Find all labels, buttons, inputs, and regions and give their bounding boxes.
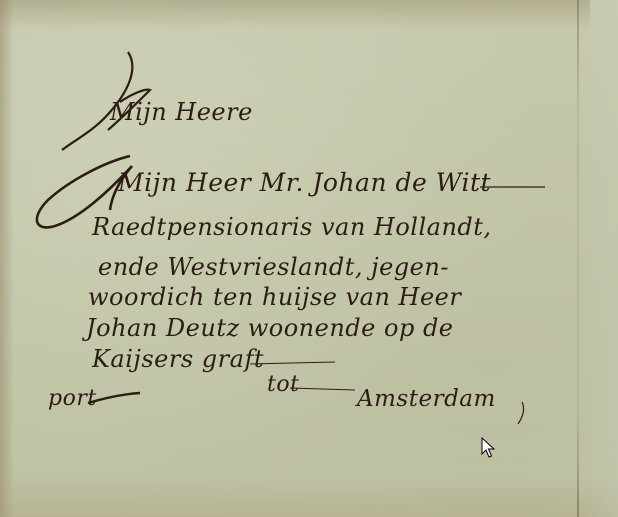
- address-line-4: woordich ten huijse van Heer: [88, 283, 461, 311]
- postal-mark: port: [48, 386, 97, 411]
- closing-tot: tot: [267, 372, 299, 397]
- descender-amsterdam: [518, 402, 524, 424]
- address-line-3: ende Westvrieslandt, jegen-: [98, 253, 449, 281]
- address-line-1: Mijn Heer Mr. Johan de Witt: [118, 168, 491, 197]
- salutation-line: Mijn Heere: [110, 98, 253, 126]
- address-line-2: Raedtpensionaris van Hollandt,: [92, 213, 492, 241]
- address-line-6: Kaijsers graft: [92, 345, 264, 373]
- closing-city: Amsterdam: [357, 386, 496, 412]
- mouse-cursor-icon: [481, 437, 495, 459]
- underline-tot: [290, 388, 355, 390]
- address-line-5: Johan Deutz woonende op de: [86, 314, 454, 342]
